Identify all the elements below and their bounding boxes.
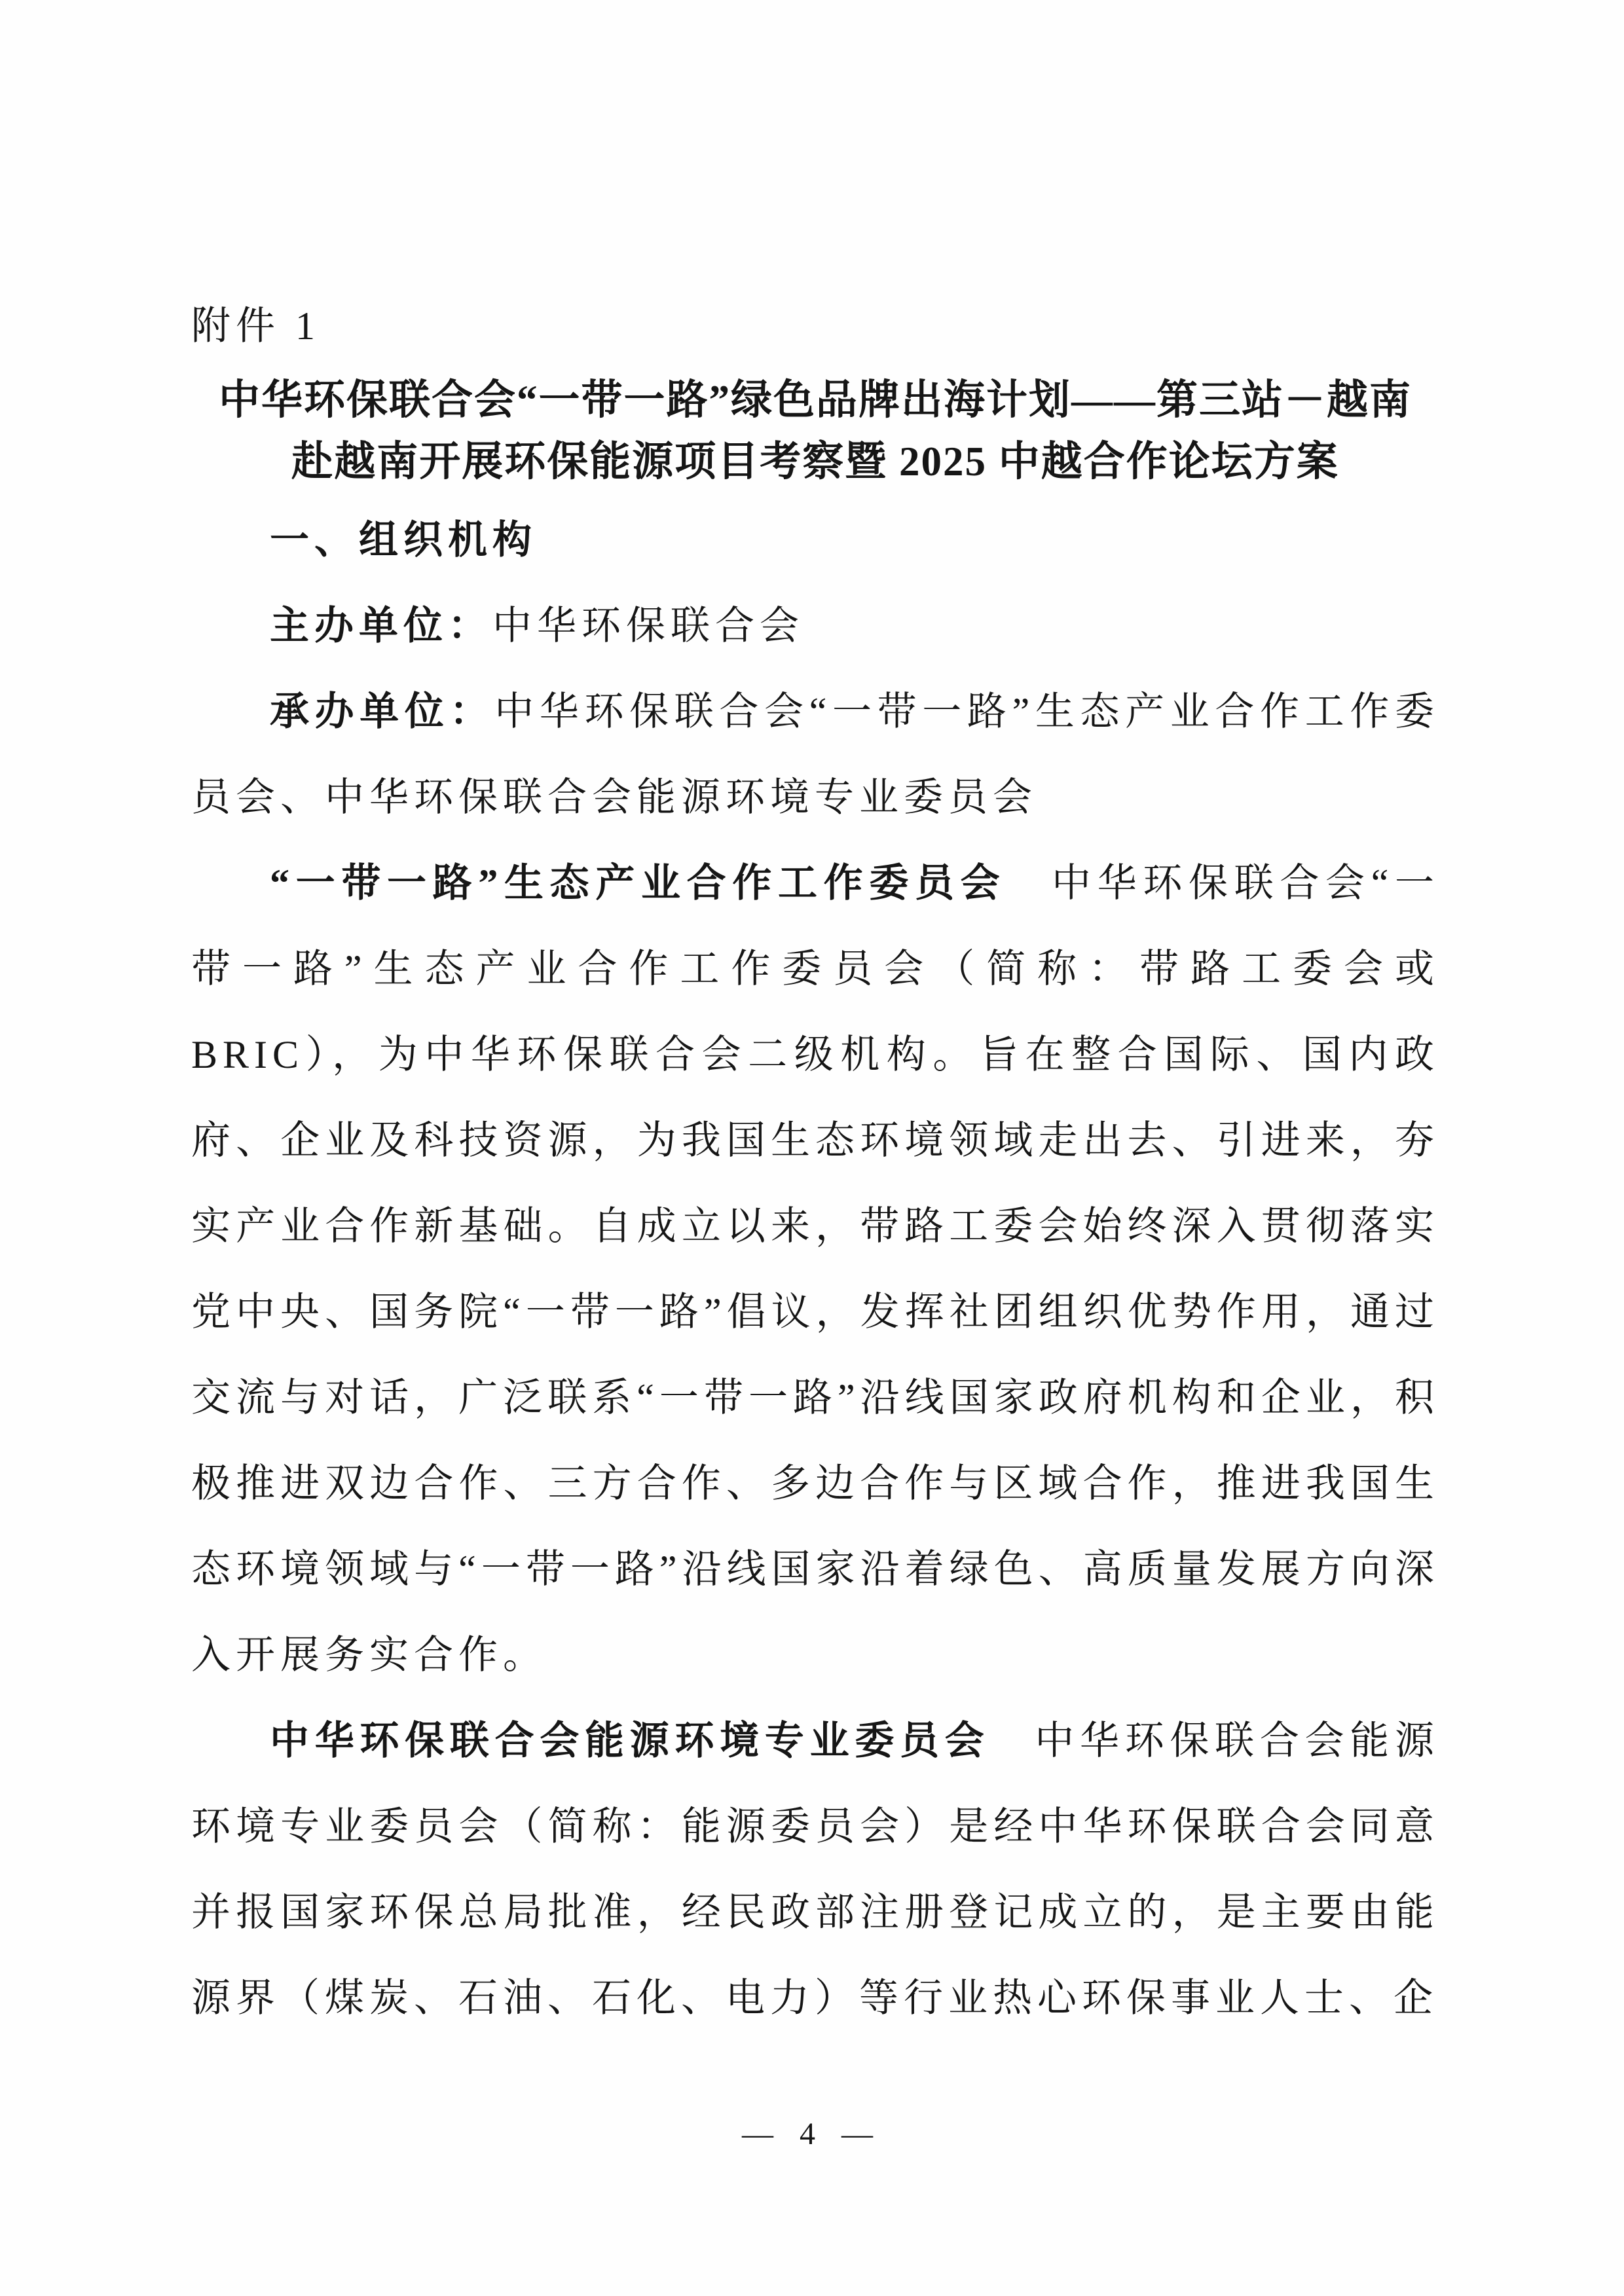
title-line-1: 中华环保联合会“一带一路”绿色品牌出海计划——第三站－越南: [191, 369, 1439, 431]
page-number: — 4 —: [0, 2116, 1624, 2152]
paragraph-lead-organizer-unit: 承办单位：: [270, 690, 494, 733]
paragraph-lead-host-unit: 主办单位：: [270, 604, 492, 647]
section-heading-organization: 一、组织机构: [191, 498, 1439, 583]
title-line-2: 赴越南开展环保能源项目考察暨 2025 中越合作论坛方案: [191, 431, 1439, 492]
document-content: 附件 1 中华环保联合会“一带一路”绿色品牌出海计划——第三站－越南 赴越南开展…: [191, 293, 1439, 2041]
paragraph-energy-committee: 中华环保联合会能源环境专业委员会 中华环保联合会能源环境专业委员会（简称：能源委…: [191, 1698, 1439, 2041]
paragraph-host-unit: 主办单位：中华环保联合会: [191, 583, 1439, 669]
document-title: 中华环保联合会“一带一路”绿色品牌出海计划——第三站－越南 赴越南开展环保能源项…: [191, 369, 1439, 492]
attachment-label: 附件 1: [191, 293, 1439, 359]
paragraph-lead-belt-road-committee: “一带一路”生态产业合作工作委员会: [270, 862, 1006, 905]
document-body: 一、组织机构 主办单位：中华环保联合会 承办单位：中华环保联合会“一带一路”生态…: [191, 498, 1439, 2041]
paragraph-lead-energy-committee: 中华环保联合会能源环境专业委员会: [270, 1719, 990, 1762]
paragraph-body-belt-road-committee: 中华环保联合会“一带一路”生态产业合作工作委员会（简称：带路工委会或 BRIC）…: [191, 862, 1439, 1677]
paragraph-body-energy-committee: 中华环保联合会能源环境专业委员会（简称：能源委员会）是经中华环保联合会同意并报国…: [191, 1719, 1439, 2020]
document-page: 附件 1 中华环保联合会“一带一路”绿色品牌出海计划——第三站－越南 赴越南开展…: [0, 0, 1624, 2296]
paragraph-body-host-unit: 中华环保联合会: [492, 604, 804, 647]
paragraph-organizer-unit: 承办单位：中华环保联合会“一带一路”生态产业合作工作委员会、中华环保联合会能源环…: [191, 669, 1439, 841]
paragraph-belt-road-committee: “一带一路”生态产业合作工作委员会 中华环保联合会“一带一路”生态产业合作工作委…: [191, 841, 1439, 1698]
